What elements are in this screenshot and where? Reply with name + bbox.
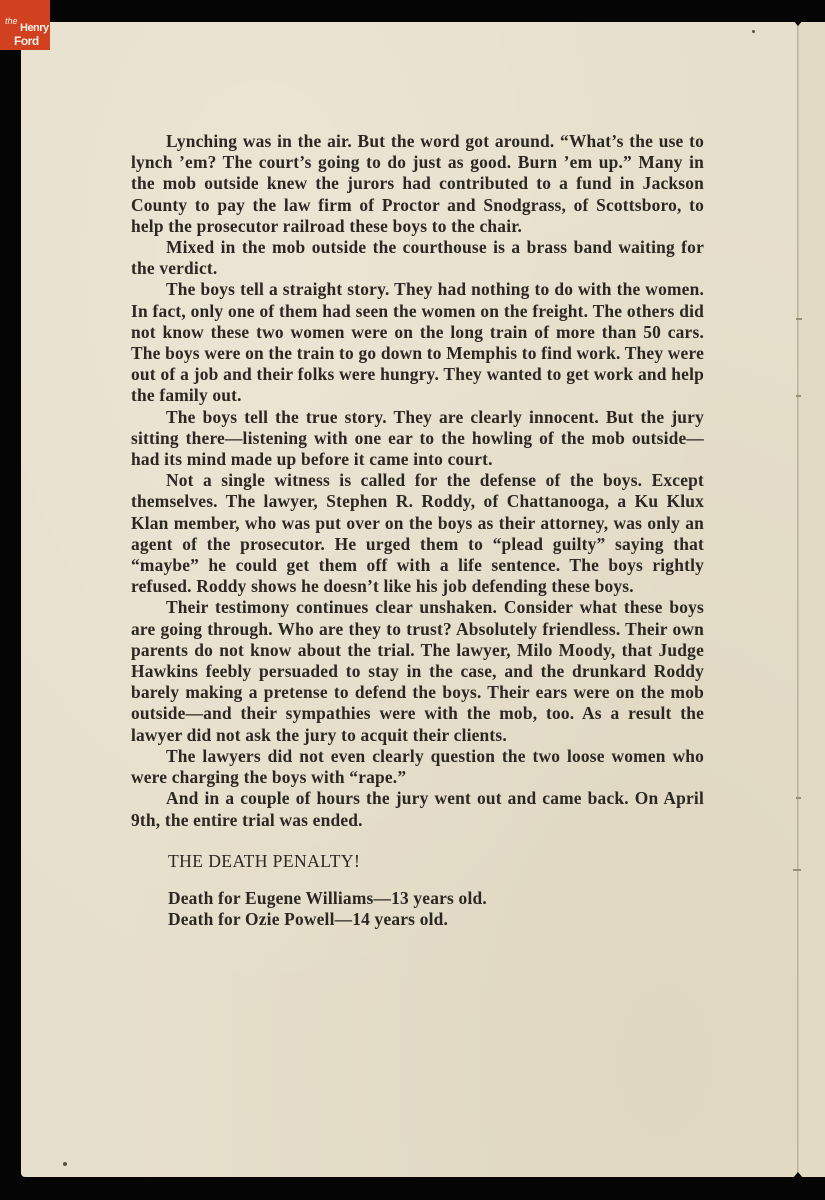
margin-mark	[796, 797, 801, 799]
document-body: Lynching was in the air. But the word go…	[131, 131, 704, 930]
margin-mark	[796, 395, 801, 397]
paragraph-lynching: Lynching was in the air. But the word go…	[131, 131, 704, 237]
logo-the: the	[5, 17, 18, 26]
page-fold	[797, 22, 799, 1177]
paragraph-brass-band: Mixed in the mob outside the courthouse …	[131, 237, 704, 279]
paper-speck	[752, 30, 755, 33]
paragraph-testimony: Their testimony continues clear unshaken…	[131, 597, 704, 745]
logo-ford: Ford	[14, 35, 39, 47]
logo-henry: Henry	[20, 23, 49, 34]
paragraph-true-story: The boys tell the true story. They are c…	[131, 407, 704, 471]
margin-mark	[796, 318, 802, 320]
paragraph-no-witness: Not a single witness is called for the d…	[131, 470, 704, 597]
fold-notch-top	[793, 20, 803, 26]
paragraph-lawyers: The lawyers did not even clearly questio…	[131, 746, 704, 788]
paragraph-verdict: And in a couple of hours the jury went o…	[131, 788, 704, 830]
henry-ford-logo: the Henry Ford	[0, 0, 50, 50]
paragraph-straight-story: The boys tell a straight story. They had…	[131, 279, 704, 406]
paper-speck	[63, 1162, 67, 1166]
sentence-eugene-williams: Death for Eugene Williams—13 years old.	[168, 888, 704, 909]
facing-page-edge	[799, 22, 825, 1177]
fold-notch-bottom	[793, 1172, 803, 1178]
margin-mark	[793, 869, 801, 871]
death-penalty-heading: THE DEATH PENALTY!	[168, 851, 704, 872]
sentence-ozie-powell: Death for Ozie Powell—14 years old.	[168, 909, 704, 930]
